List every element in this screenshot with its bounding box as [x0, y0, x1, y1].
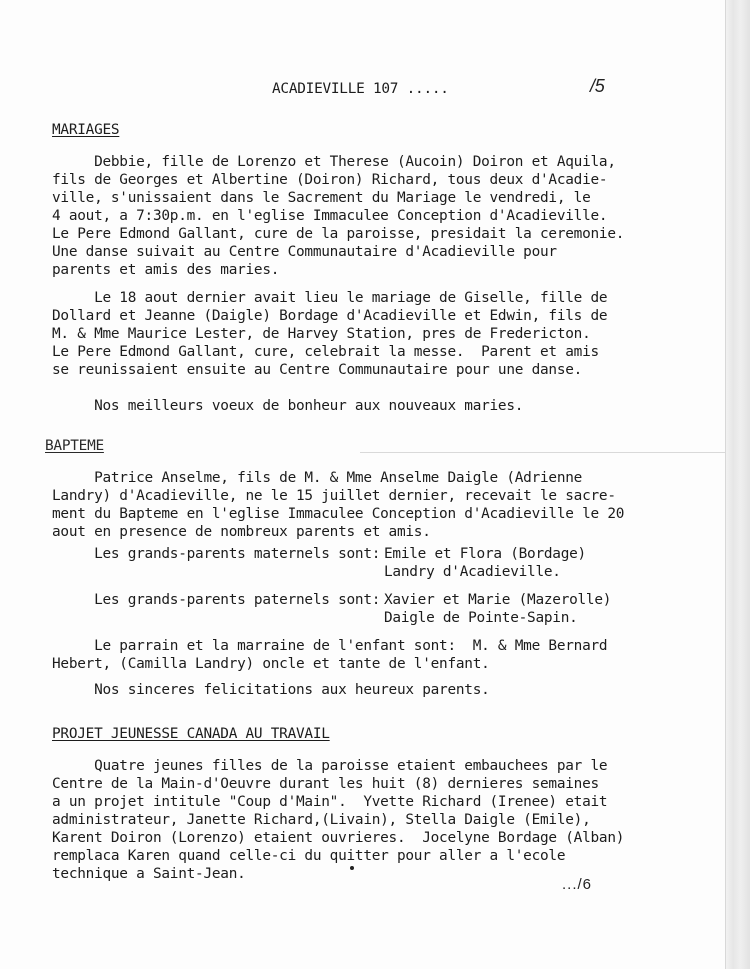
- text-line: ment du Bapteme en l'eglise Immaculee Co…: [52, 506, 624, 523]
- text-line: Le Pere Edmond Gallant, cure, celebrait …: [52, 344, 599, 361]
- text-line: Le 18 aout dernier avait lieu le mariage…: [52, 290, 607, 307]
- grandparents-name: Daigle de Pointe-Sapin.: [384, 610, 578, 627]
- section-heading-mariages: MARIAGES: [52, 122, 119, 139]
- text-line: a un projet intitule "Coup d'Main". Yvet…: [52, 794, 607, 811]
- text-line: Centre de la Main-d'Oeuvre durant les hu…: [52, 776, 599, 793]
- text-line: Le Pere Edmond Gallant, cure de la paroi…: [52, 226, 624, 243]
- text-line: 4 aout, a 7:30p.m. en l'eglise Immaculee…: [52, 208, 607, 225]
- grandparents-name: Xavier et Marie (Mazerolle): [384, 592, 611, 609]
- text-line: technique a Saint-Jean.: [52, 866, 246, 883]
- grandparents-name: Emile et Flora (Bordage): [384, 546, 586, 563]
- text-line: M. & Mme Maurice Lester, de Harvey Stati…: [52, 326, 591, 343]
- bapteme-closing: Nos sinceres felicitations aux heureux p…: [52, 682, 490, 699]
- grandparents-label: Les grands-parents maternels sont:: [52, 546, 380, 563]
- text-line: fils de Georges et Albertine (Doiron) Ri…: [52, 172, 607, 189]
- section-heading-projet: PROJET JEUNESSE CANADA AU TRAVAIL: [52, 726, 330, 743]
- section-heading-bapteme: BAPTEME: [45, 438, 104, 455]
- text-line: Landry) d'Acadieville, ne le 15 juillet …: [52, 488, 616, 505]
- text-line: Dollard et Jeanne (Daigle) Bordage d'Aca…: [52, 308, 607, 325]
- text-line: ville, s'unissaient dans le Sacrement du…: [52, 190, 591, 207]
- text-line: remplaca Karen quand celle-ci du quitter…: [52, 848, 565, 865]
- text-line: se reunissaient ensuite au Centre Commun…: [52, 362, 582, 379]
- paper-fold-line: [360, 452, 726, 453]
- text-line: aout en presence de nombreux parents et …: [52, 524, 431, 541]
- grandparents-name: Landry d'Acadieville.: [384, 564, 561, 581]
- text-line: Debbie, fille de Lorenzo et Therese (Auc…: [52, 154, 616, 171]
- text-line: Karent Doiron (Lorenzo) etaient ouvriere…: [52, 830, 624, 847]
- text-line: Hebert, (Camilla Landry) oncle et tante …: [52, 656, 490, 673]
- page-number: /5: [590, 78, 605, 95]
- text-line: administrateur, Janette Richard,(Livain)…: [52, 812, 591, 829]
- scanner-page-edge: [725, 0, 750, 969]
- text-line: Le parrain et la marraine de l'enfant so…: [52, 638, 607, 655]
- document-page: ACADIEVILLE 107 ..... /5 MARIAGES Debbie…: [0, 0, 726, 969]
- continued-marker: .../6: [562, 876, 592, 893]
- page-header-title: ACADIEVILLE 107 .....: [272, 81, 449, 98]
- text-line: parents et amis des maries.: [52, 262, 279, 279]
- grandparents-label: Les grands-parents paternels sont:: [52, 592, 380, 609]
- text-line: Quatre jeunes filles de la paroisse etai…: [52, 758, 607, 775]
- text-line: Patrice Anselme, fils de M. & Mme Anselm…: [52, 470, 582, 487]
- ink-speck: [350, 866, 354, 870]
- mariages-closing: Nos meilleurs voeux de bonheur aux nouve…: [52, 398, 523, 415]
- text-line: Une danse suivait au Centre Communautair…: [52, 244, 557, 261]
